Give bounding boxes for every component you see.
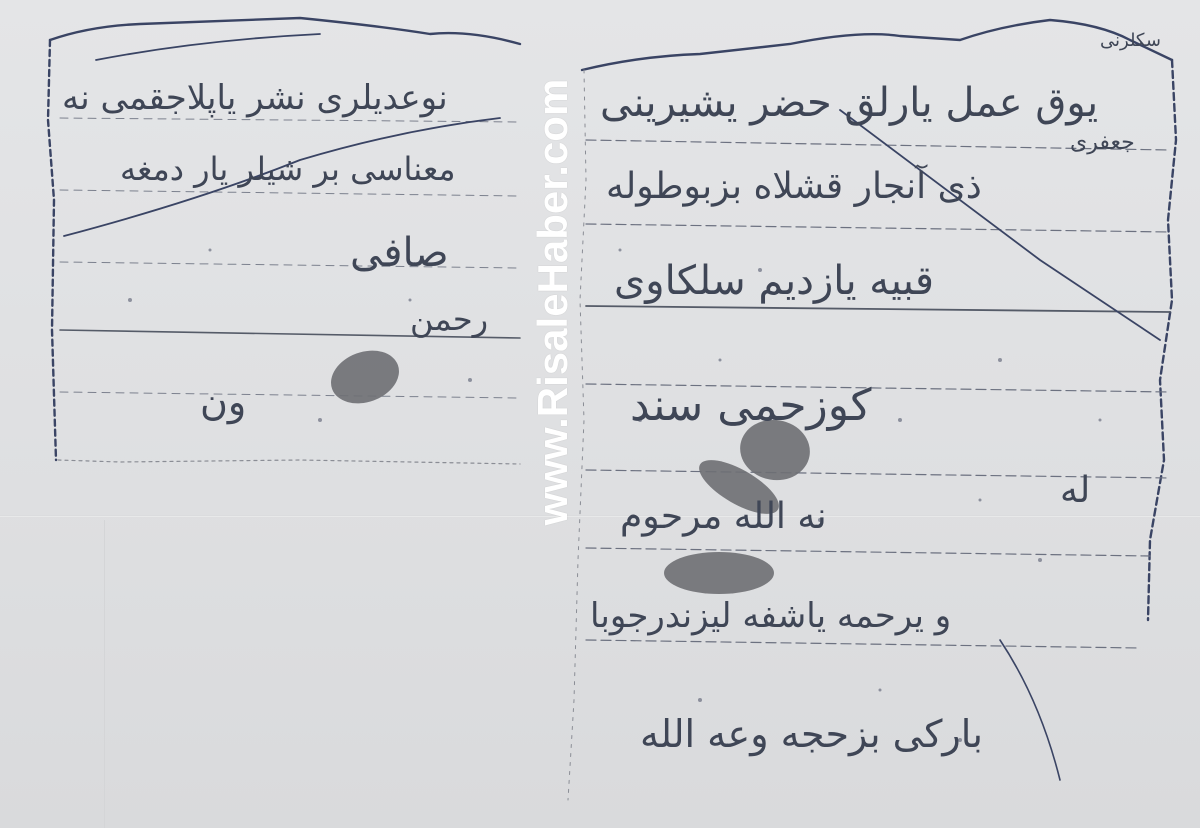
right-line-7: نه الله مرحوم <box>620 496 827 537</box>
document-page: نوعدیلری نشر یاپلاجقمی نه معناسی بر شیلر… <box>0 0 1200 828</box>
right-line-6: له <box>1060 470 1090 511</box>
right-line-2: جعفری <box>1070 130 1135 155</box>
right-header-note: سکلرنی <box>1100 30 1161 51</box>
left-line-4: رحمن <box>410 300 488 338</box>
right-line-3: ذی آنجار قشلاه بزبوطوله <box>606 166 982 207</box>
ink-blot <box>664 552 774 594</box>
watermark-text: www.RisaleHaber.com <box>529 79 577 526</box>
left-line-5: ون <box>200 380 246 424</box>
left-line-2: معناسی بر شیلر یار دمغه <box>120 150 456 188</box>
right-line-4: قبیه یازدیم سلکاوی <box>614 258 934 304</box>
left-line-3: صافی <box>350 230 449 276</box>
watermark: www.RisaleHaber.com <box>528 42 578 562</box>
right-line-9: بارکی بزحجه وعه الله <box>640 712 983 756</box>
right-line-8: و یرحمه یاشفه لیزندرجوبا <box>590 596 951 636</box>
right-line-5: کوزحمی سند <box>630 380 871 431</box>
left-line-1: نوعدیلری نشر یاپلاجقمی نه <box>62 78 448 118</box>
right-line-1: یوق عمل یارلق حضر یشیرینی <box>600 80 1098 126</box>
